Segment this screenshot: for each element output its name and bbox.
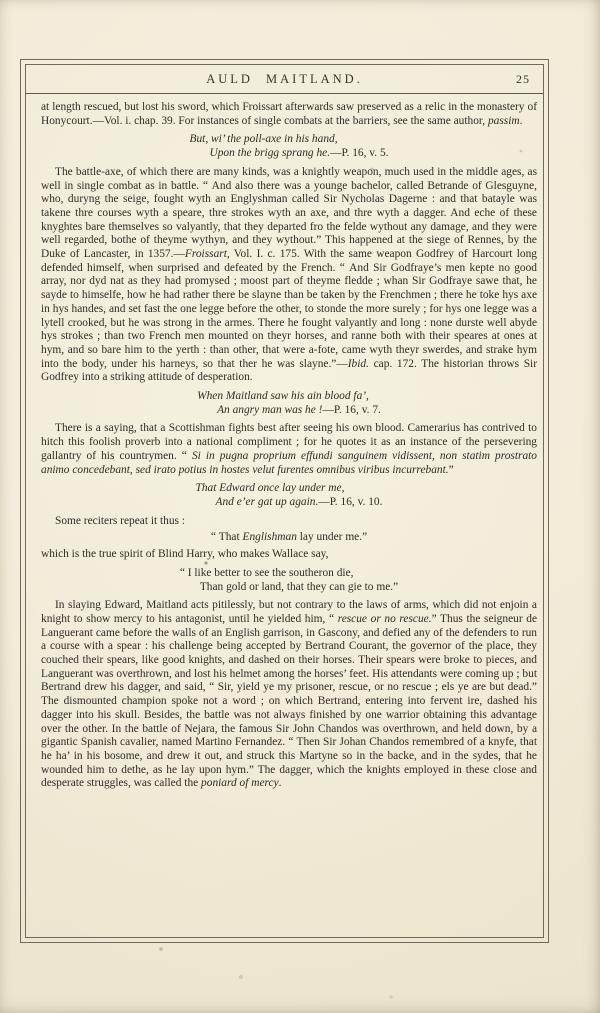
centered-quote-line: “ That Englishman lay under me.”	[41, 531, 537, 545]
verse: That Edward once lay under me,And e’er g…	[196, 482, 383, 509]
verse-line: That Edward once lay under me,	[196, 482, 383, 496]
page-frame-outer: AULD MAITLAND. 25 at length rescued, but…	[20, 59, 549, 943]
text-run: The battle-axe, of which there are many …	[41, 166, 537, 260]
text-run: .	[520, 115, 523, 127]
italic-text: poniard of mercy	[201, 777, 279, 789]
paragraph: There is a saying, that a Scottishman fi…	[41, 422, 537, 477]
text-run: Vol. I. c. 175. With the same weapon God…	[41, 248, 537, 370]
italic-text: Froissart,	[185, 248, 230, 260]
verse-line: Upon the brigg sprang he.—P. 16, v. 5.	[190, 147, 389, 161]
text-run: .	[279, 777, 282, 789]
text-run: —P. 16, v. 10.	[318, 496, 382, 508]
page-header: AULD MAITLAND. 25	[26, 65, 543, 94]
text-run: —P. 16, v. 5.	[330, 147, 388, 159]
verse-line: Than gold or land, that they can gie to …	[180, 581, 398, 595]
verse-line: And e’er gat up again.—P. 16, v. 10.	[196, 496, 383, 510]
page-number: 25	[516, 72, 530, 87]
verse-line: “ I like better to see the southeron die…	[180, 567, 398, 581]
text-run: lay under me.”	[297, 531, 367, 543]
verse: When Maitland saw his ain blood fa’,An a…	[197, 390, 381, 417]
verse-line: But, wi’ the poll-axe in his hand,	[190, 133, 389, 147]
paragraph: Some reciters repeat it thus :	[41, 515, 537, 529]
italic-text: But, wi’ the poll-axe in his hand,	[190, 133, 338, 145]
italic-text: passim	[488, 115, 520, 127]
book-page: AULD MAITLAND. 25 at length rescued, but…	[0, 0, 600, 1013]
page-frame-inner: AULD MAITLAND. 25 at length rescued, but…	[25, 64, 544, 938]
italic-text: An angry man was he !	[217, 404, 322, 416]
verse-line: When Maitland saw his ain blood fa’,	[197, 390, 381, 404]
italic-text: rescue or no rescue.	[338, 613, 432, 625]
italic-text: Englishman	[242, 531, 296, 543]
verse: “ I like better to see the southeron die…	[180, 567, 398, 594]
italic-text: Ibid.	[348, 358, 369, 370]
verse: But, wi’ the poll-axe in his hand,Upon t…	[190, 133, 389, 160]
paragraph: which is the true spirit of Blind Harry,…	[41, 548, 537, 562]
text-run: at length rescued, but lost his sword, w…	[41, 101, 537, 127]
text-run: which is the true spirit of Blind Harry,…	[41, 548, 328, 560]
text-run: —P. 16, v. 7.	[322, 404, 380, 416]
text-run: “ That	[211, 531, 243, 543]
paragraph: In slaying Edward, Maitland acts pitiles…	[41, 599, 537, 791]
text-run: Than gold or land, that they can gie to …	[200, 581, 398, 593]
italic-text: And e’er gat up again.	[216, 496, 319, 508]
paragraph: at length rescued, but lost his sword, w…	[41, 101, 537, 128]
text-run: ” Thus the seigneur de Languerant came b…	[41, 613, 537, 789]
scan-specks	[0, 0, 2, 2]
page-body: at length rescued, but lost his sword, w…	[26, 94, 543, 791]
verse-line: An angry man was he !—P. 16, v. 7.	[197, 404, 381, 418]
text-run: “ I like better to see the southeron die…	[180, 567, 354, 579]
text-run: Some reciters repeat it thus :	[55, 515, 185, 527]
italic-text: That Edward once lay under me,	[196, 482, 345, 494]
page-title: AULD MAITLAND.	[26, 72, 543, 87]
paragraph: The battle-axe, of which there are many …	[41, 166, 537, 385]
text-run: ”	[449, 464, 454, 476]
italic-text: When Maitland saw his ain blood fa’,	[197, 390, 369, 402]
italic-text: Upon the brigg sprang he.	[210, 147, 331, 159]
